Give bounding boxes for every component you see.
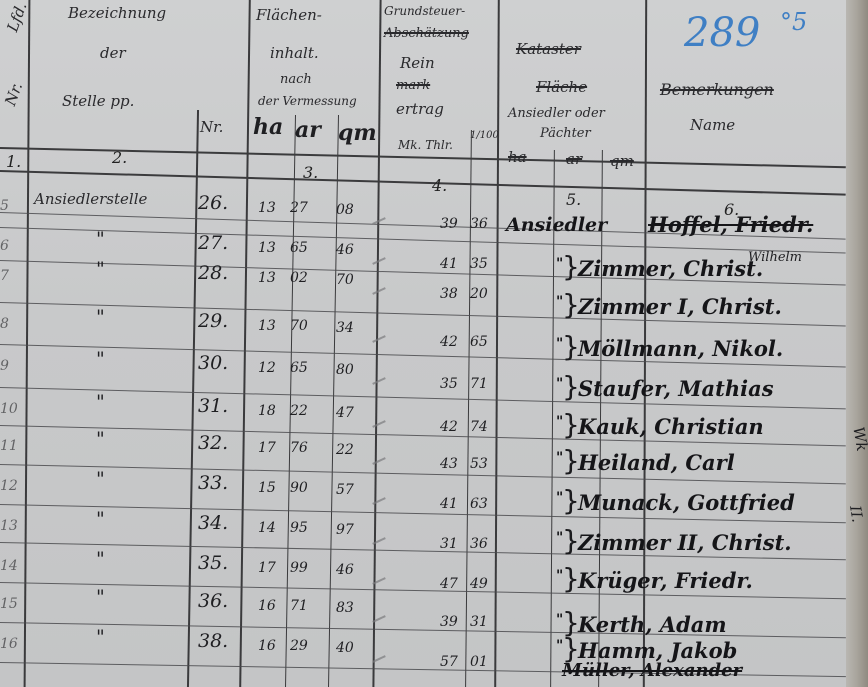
cell-qm: 97 (336, 522, 354, 538)
header-col5-unit-ar: ar (566, 150, 582, 168)
header-col6-line2: Name (690, 116, 735, 134)
cell-qm: 46 (336, 242, 354, 258)
cell-qm: 34 (336, 320, 354, 336)
cell-reinertrag-pf: 74 (470, 419, 488, 435)
cell-struck-name: Müller, Alexander (562, 660, 742, 681)
cell-lfd: 13 (0, 518, 18, 534)
cell-reinertrag-pf: 65 (470, 334, 488, 350)
cell-reinertrag-pf: 31 (470, 614, 488, 630)
cell-qm: 08 (336, 202, 354, 218)
cell-reinertrag-mk: 57 (440, 654, 458, 670)
book-spine (846, 0, 868, 687)
cell-nr: 32. (198, 432, 228, 454)
header-col4-unit2: 1/100 (470, 130, 499, 141)
rule-v-nr (239, 0, 251, 687)
cell-designation: " (96, 468, 105, 490)
cell-settler-name: Zimmer II, Christ. (578, 530, 792, 555)
header-col4-line2: Abschätzung (384, 26, 469, 41)
cell-qm: 57 (336, 482, 354, 498)
header-col4-line5: ertrag (396, 100, 444, 118)
cell-ar: 71 (290, 598, 308, 614)
header-col3-line3: nach (280, 72, 312, 87)
cell-lfd: 12 (0, 478, 18, 494)
cell-reinertrag-pf: 36 (470, 536, 488, 552)
colnum-5: 5. (566, 190, 581, 209)
header-lfd-nr: Nr. (1, 80, 26, 108)
cell-designation: Ansiedlerstelle (34, 190, 147, 208)
cell-nr: 33. (198, 472, 228, 494)
cell-settler-name: Möllmann, Nikol. (578, 336, 783, 361)
cell-reinertrag-pf: 01 (470, 654, 488, 670)
header-col2-nr: Nr. (200, 118, 223, 136)
cell-reinertrag-mk: 35 (440, 376, 458, 392)
header-col4-line3: Rein (400, 54, 435, 72)
cell-lfd: 15 (0, 596, 18, 612)
cell-nr: 30. (198, 352, 228, 374)
header-col5-line4: Pächter (540, 126, 591, 141)
cell-qm: 40 (336, 640, 354, 656)
header-col4-unit1: Mk. Thlr. (398, 138, 453, 152)
cell-lfd: 7 (0, 268, 9, 284)
header-col5-line3: Ansiedler oder (508, 106, 605, 121)
header-col5-unit-ha: ha (508, 148, 527, 166)
cell-designation: " (96, 586, 105, 608)
cell-reinertrag-pf: 35 (470, 256, 488, 272)
header-qm: qm (338, 120, 377, 146)
cell-nr: 34. (198, 512, 228, 534)
header-col4-line4: mark (396, 78, 430, 93)
cell-lfd: 16 (0, 636, 18, 652)
header-col2-line1: Bezeichnung (68, 4, 166, 22)
cell-ha: 18 (258, 403, 276, 419)
cell-qm: 22 (336, 442, 354, 458)
cell-settler-name: Staufer, Mathias (578, 376, 774, 401)
cell-reinertrag-pf: 20 (470, 286, 488, 302)
cell-settler-name: Munack, Gottfried (578, 490, 795, 515)
header-col3-line1: Flächen- (256, 6, 322, 24)
cell-qm: 70 (336, 272, 354, 288)
margin-mark-2: II. (846, 504, 867, 523)
cell-reinertrag-mk: 47 (440, 576, 458, 592)
header-ha: ha (253, 114, 283, 140)
cell-nr: 29. (198, 310, 228, 332)
cell-ha: 13 (258, 200, 276, 216)
cell-name-annotation: Wilhelm (748, 250, 802, 265)
cell-qm: 80 (336, 362, 354, 378)
colnum-3: 3. (303, 163, 318, 182)
cell-ar: 22 (290, 403, 308, 419)
cell-reinertrag-mk: 43 (440, 456, 458, 472)
colnum-2: 2. (112, 148, 127, 167)
header-lfd: Lfd. (3, 0, 30, 34)
rule-v-lfd (24, 0, 31, 687)
cell-nr: 38. (198, 630, 228, 652)
cell-reinertrag-pf: 63 (470, 496, 488, 512)
header-col3-line2: inhalt. (270, 44, 319, 62)
cell-settler-name: Krüger, Friedr. (578, 568, 753, 593)
cell-reinertrag-mk: 41 (440, 496, 458, 512)
header-col3-line4: der Vermessung (258, 94, 357, 108)
cell-qm: 83 (336, 600, 354, 616)
cell-designation: " (96, 258, 105, 280)
header-col2-line3: Stelle pp. (62, 92, 134, 110)
cell-settler-name: Heiland, Carl (578, 450, 735, 475)
cell-settler-name: Hoffel, Friedr. (648, 212, 813, 237)
colnum-1: 1. (6, 152, 21, 171)
stamp-number: 289 (684, 10, 760, 56)
header-col5-unit-qm: qm (610, 152, 634, 170)
cell-ha: 15 (258, 480, 276, 496)
cell-reinertrag-mk: 42 (440, 419, 458, 435)
cell-lfd: 9 (0, 358, 9, 374)
cell-settler-name: Kauk, Christian (578, 414, 764, 439)
colnum-4: 4. (432, 176, 447, 195)
cell-ar: 27 (290, 200, 308, 216)
check-tick (372, 335, 386, 343)
cell-ar: 29 (290, 638, 308, 654)
header-col4-line1: Grundsteuer- (384, 4, 465, 18)
check-tick (372, 257, 386, 265)
cell-reinertrag-pf: 71 (470, 376, 488, 392)
cell-nr: 31. (198, 395, 228, 417)
cell-reinertrag-mk: 41 (440, 256, 458, 272)
check-tick (372, 377, 386, 385)
cell-designation: " (96, 508, 105, 530)
cell-ar: 02 (290, 270, 308, 286)
cell-reinertrag-mk: 38 (440, 286, 458, 302)
cell-nr: 35. (198, 552, 228, 574)
cell-nr: 27. (198, 232, 228, 254)
cell-reinertrag-pf: 36 (470, 216, 488, 232)
cell-designation: " (96, 228, 105, 250)
cell-ha: 13 (258, 318, 276, 334)
cell-reinertrag-mk: 39 (440, 614, 458, 630)
cell-nr: 36. (198, 590, 228, 612)
cell-lfd: 5 (0, 198, 9, 214)
cell-ha: 13 (258, 240, 276, 256)
cell-reinertrag-mk: 42 (440, 334, 458, 350)
cell-designation: " (96, 391, 105, 413)
cell-lfd: 11 (0, 438, 18, 454)
header-col5-line1: Kataster (516, 40, 581, 58)
cell-ar: 90 (290, 480, 308, 496)
cell-designation: " (96, 626, 105, 648)
cell-reinertrag-mk: 39 (440, 216, 458, 232)
cell-qm: 47 (336, 405, 354, 421)
header-col5-line2: Fläche (536, 78, 587, 96)
cell-ar: 99 (290, 560, 308, 576)
cell-ha: 17 (258, 560, 276, 576)
margin-mark-1: Wk (849, 425, 868, 452)
cell-reinertrag-pf: 53 (470, 456, 488, 472)
header-col6-line1: Bemerkungen (660, 80, 774, 99)
ledger-page: Lfd. Nr. Bezeichnung der Stelle pp. Nr. … (0, 0, 868, 687)
cell-ar: 95 (290, 520, 308, 536)
stamp-suffix: °5 (780, 8, 807, 36)
cell-designation: " (96, 428, 105, 450)
cell-designation: " (96, 306, 105, 328)
cell-ha: 16 (258, 638, 276, 654)
cell-lfd: 8 (0, 316, 9, 332)
cell-settler-name: Kerth, Adam (578, 612, 727, 637)
cell-reinertrag-mk: 31 (440, 536, 458, 552)
check-tick (372, 287, 386, 295)
cell-ar: 76 (290, 440, 308, 456)
cell-reinertrag-pf: 49 (470, 576, 488, 592)
cell-ha: 12 (258, 360, 276, 376)
cell-ar: 70 (290, 318, 308, 334)
cell-qm: 46 (336, 562, 354, 578)
cell-nr: 26. (198, 192, 228, 214)
cell-lfd: 10 (0, 401, 18, 417)
cell-ha: 17 (258, 440, 276, 456)
rule-v-col5 (494, 0, 500, 687)
cell-settler-name: Zimmer I, Christ. (578, 294, 782, 319)
cell-settler-name: Zimmer, Christ. (578, 256, 763, 281)
cell-ha: 13 (258, 270, 276, 286)
header-col2-line2: der (100, 44, 126, 62)
cell-lfd: 14 (0, 558, 18, 574)
cell-ha: 14 (258, 520, 276, 536)
cell-lfd: 6 (0, 238, 9, 254)
cell-note: Ansiedler (506, 214, 607, 236)
rule-v-pf (465, 130, 472, 687)
cell-ar: 65 (290, 360, 308, 376)
cell-designation: " (96, 348, 105, 370)
cell-ar: 65 (290, 240, 308, 256)
cell-nr: 28. (198, 262, 228, 284)
header-ar: ar (295, 117, 321, 143)
cell-designation: " (96, 548, 105, 570)
cell-ha: 16 (258, 598, 276, 614)
